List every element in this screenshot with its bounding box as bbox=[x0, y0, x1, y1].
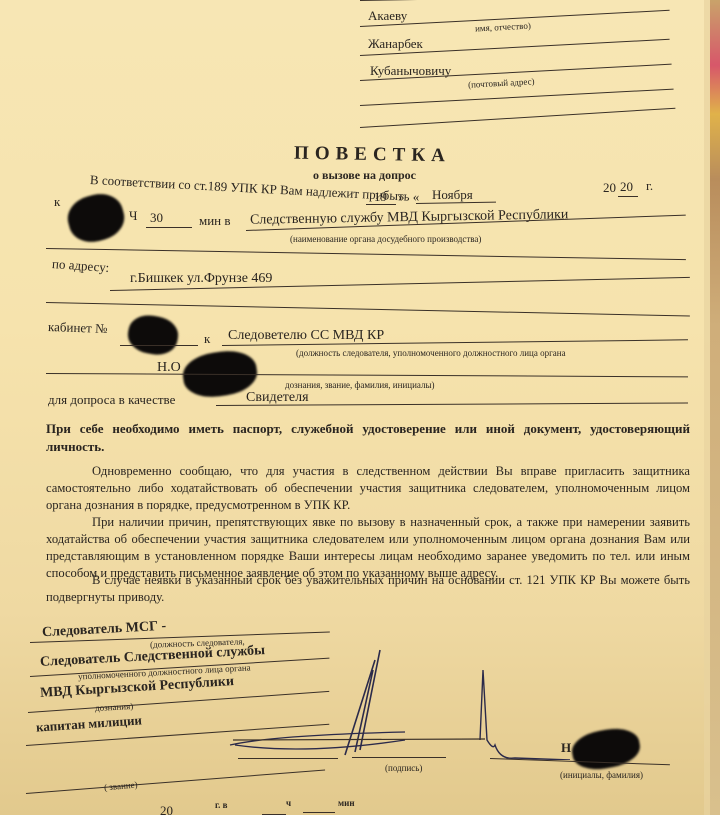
field-line bbox=[46, 302, 690, 317]
field-line bbox=[46, 373, 688, 378]
summons-minutes: 30 bbox=[150, 210, 163, 226]
caption-signature: (подпись) bbox=[385, 763, 422, 773]
signature-line bbox=[352, 757, 446, 758]
paper-edge bbox=[704, 0, 710, 815]
rank-line bbox=[26, 769, 325, 794]
caption-name: имя, отчество) bbox=[475, 21, 531, 34]
caption-organ: (наименование органа досудебного произво… bbox=[290, 234, 481, 244]
field-line bbox=[360, 89, 674, 107]
field-line bbox=[120, 345, 198, 346]
footer-year-prefix: 20 bbox=[160, 803, 173, 815]
year-suffix: г. bbox=[646, 178, 653, 194]
document-subtitle: о вызове на допрос bbox=[313, 168, 416, 183]
redaction-office bbox=[125, 312, 181, 358]
footer-min-label: мин bbox=[338, 798, 355, 808]
caption-postal: (почтовый адрес) bbox=[468, 76, 535, 89]
footer-hour-label: ч bbox=[286, 798, 291, 808]
field-line bbox=[46, 248, 686, 260]
at-label: к bbox=[54, 194, 60, 210]
field-line bbox=[416, 202, 496, 205]
min-label: мин в bbox=[199, 213, 231, 229]
recipient-surname: Акаеву bbox=[368, 8, 407, 24]
field-line bbox=[238, 758, 338, 759]
year-prefix: 20 bbox=[603, 180, 616, 196]
capacity-label: для допроса в качестве bbox=[48, 392, 175, 408]
to-value: Следоветелю СС МВД КР bbox=[228, 328, 384, 344]
address-label: по адресу: bbox=[52, 256, 110, 276]
caption-rank: ( звание) bbox=[104, 780, 138, 793]
footer-year-label: г. в bbox=[215, 800, 227, 810]
to-label: к bbox=[204, 331, 210, 347]
caption-name: (инициалы, фамилия) bbox=[560, 770, 643, 780]
field-line bbox=[618, 196, 638, 197]
paragraph-penalty: В случае неявки в указанный срок без ува… bbox=[46, 572, 690, 606]
summons-year: 20 bbox=[620, 179, 633, 195]
office-label: кабинет № bbox=[48, 319, 108, 337]
hour-label: Ч bbox=[129, 208, 137, 224]
caption-position: (должность следователя, уполномоченного … bbox=[296, 348, 566, 358]
field-line bbox=[360, 108, 675, 129]
signer-rank: капитан милиции bbox=[36, 712, 143, 735]
document-title: ПОВЕСТКА bbox=[294, 143, 451, 168]
summons-month: Ноября bbox=[432, 187, 473, 203]
summons-day-close: » bbox=[398, 189, 405, 205]
field-line bbox=[146, 227, 192, 228]
summons-day: 19 bbox=[374, 189, 387, 205]
field-line bbox=[360, 0, 660, 1]
redaction-hour bbox=[63, 189, 129, 248]
paragraph-defender: Одновременно сообщаю, что для участия в … bbox=[46, 463, 690, 514]
recipient-first-name: Жанарбек bbox=[368, 36, 423, 52]
caption-rank-name: дознания, звание, фамилия, инициалы) bbox=[285, 380, 435, 390]
address-value: г.Бишкек ул.Фрунзе 469 bbox=[130, 271, 272, 287]
signer-initials: Н bbox=[561, 740, 571, 756]
caption-inquiry: дознания) bbox=[95, 701, 134, 713]
notice-bring-id: При себе необходимо иметь паспорт, служе… bbox=[46, 420, 690, 456]
field-line bbox=[366, 204, 396, 205]
background-edge bbox=[710, 0, 720, 815]
field-line bbox=[303, 812, 335, 813]
